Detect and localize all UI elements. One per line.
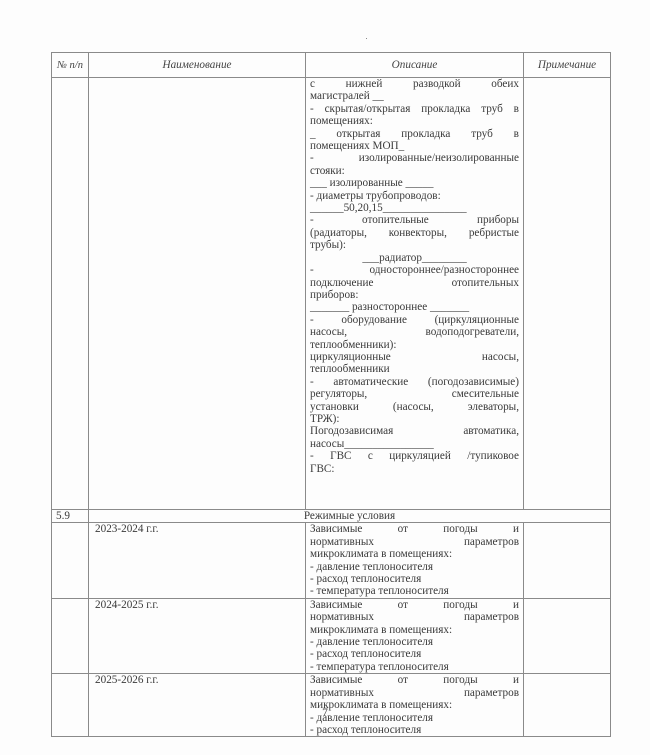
description-line: -изолированные/неизолированные [310, 152, 519, 164]
table-row-continuation: снижнейразводкойобеихмагистралей __-скры… [52, 78, 611, 510]
description-line: Погодозависимаяавтоматика, [310, 425, 519, 437]
cell-note [524, 523, 611, 598]
description-line: теплообменники): [310, 339, 519, 351]
description-line: - расход теплоносителя [310, 724, 519, 736]
cell-num [52, 674, 89, 737]
cell-period: 2025-2026 г.г. [89, 674, 306, 737]
description-line: подключениеотопительных [310, 277, 519, 289]
cell-num [52, 78, 89, 510]
section-title: Режимные условия [89, 510, 611, 523]
description-line: нормативныхпараметров [310, 536, 519, 548]
header-note: Примечание [524, 53, 611, 78]
page-number: 7 [0, 707, 650, 719]
description-line: циркуляционныенасосы, [310, 351, 519, 363]
header-name: Наименование [89, 53, 306, 78]
description-line: микроклимата в помещениях: [310, 548, 519, 560]
description-line: помещениях МОП_ [310, 140, 519, 152]
description-line: ГВС: [310, 463, 519, 475]
description-line: - температура теплоносителя [310, 585, 519, 597]
description-line: - расход теплоносителя [310, 648, 519, 660]
cell-num [52, 598, 89, 673]
description-line: -скрытая/открытаяпрокладкатрубв [310, 103, 519, 115]
cell-note [524, 674, 611, 737]
description-line: -автоматические(погодозависимые) [310, 376, 519, 388]
header-num: № п/п [52, 53, 89, 78]
description-line: ___ изолированные _____ [310, 177, 519, 189]
description-line: помещениях: [310, 115, 519, 127]
description-line: Зависимыеотпогодыи [310, 523, 519, 535]
description-line: стояки: [310, 165, 519, 177]
header-description: Описание [306, 53, 524, 78]
description-line: насосы________________ [310, 438, 519, 450]
description-line: ТРЖ): [310, 413, 519, 425]
description-line: теплообменники [310, 363, 519, 375]
description-line: трубы): [310, 239, 519, 251]
description-line: ______50,20,15_______________ [310, 202, 519, 214]
description-line: Зависимыеотпогодыи [310, 599, 519, 611]
description-line: - диаметры трубопроводов: [310, 190, 519, 202]
section-num: 5.9 [52, 510, 89, 523]
description-line: магистралей __ [310, 90, 519, 102]
description-line: установки(насосы,элеваторы, [310, 401, 519, 413]
description-line: (радиаторы,конвекторы,ребристые [310, 227, 519, 239]
description-line: - давление теплоносителя [310, 561, 519, 573]
description-line: _открытаяпрокладкатрубв [310, 128, 519, 140]
cell-description: Зависимыеотпогодыинормативныхпараметровм… [306, 598, 524, 673]
description-line: приборов: [310, 289, 519, 301]
description-line: -одностороннее/разностороннее [310, 264, 519, 276]
description-line: -отопительныеприборы [310, 214, 519, 226]
description-line: - расход теплоносителя [310, 573, 519, 585]
table-row-period: 2023-2024 г.г. Зависимыеотпогодыинормати… [52, 523, 611, 598]
description-line: - температура теплоносителя [310, 661, 519, 673]
table-row-period: 2025-2026 г.г. Зависимыеотпогодыинормати… [52, 674, 611, 737]
cell-period: 2023-2024 г.г. [89, 523, 306, 598]
description-line: нормативныхпараметров [310, 687, 519, 699]
table-row-period: 2024-2025 г.г. Зависимыеотпогодыинормати… [52, 598, 611, 673]
description-line: Зависимыеотпогодыи [310, 674, 519, 686]
section-row: 5.9 Режимные условия [52, 510, 611, 523]
description-line: снижнейразводкойобеих [310, 78, 519, 90]
description-line: -ГВСсциркуляцией/тупиковое [310, 450, 519, 462]
cell-note [524, 78, 611, 510]
description-line: регуляторы,смесительные [310, 388, 519, 400]
heating-system-table: № п/п Наименование Описание Примечание с… [51, 52, 611, 737]
description-line: - давление теплоносителя [310, 636, 519, 648]
description-line: насосы,водоподогреватели, [310, 326, 519, 338]
description-line: микроклимата в помещениях: [310, 624, 519, 636]
description-line: ___радиатор________ [310, 252, 519, 264]
description-line: -оборудование(циркуляционные [310, 314, 519, 326]
cell-period: 2024-2025 г.г. [89, 598, 306, 673]
cell-description: Зависимыеотпогодыинормативныхпараметровм… [306, 674, 524, 737]
cell-description: снижнейразводкойобеихмагистралей __-скры… [306, 78, 524, 510]
scan-speck [366, 38, 367, 39]
cell-num [52, 523, 89, 598]
cell-note [524, 598, 611, 673]
description-line: нормативныхпараметров [310, 611, 519, 623]
cell-description: Зависимыеотпогодыинормативныхпараметровм… [306, 523, 524, 598]
table-header-row: № п/п Наименование Описание Примечание [52, 53, 611, 78]
description-line: _______ разностороннее _______ [310, 301, 519, 313]
cell-name [89, 78, 306, 510]
